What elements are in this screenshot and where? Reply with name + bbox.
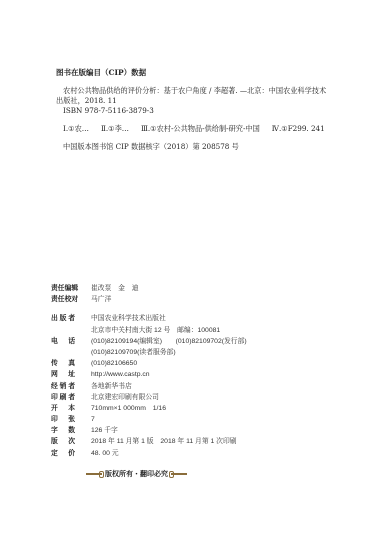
label: 经销者 [51, 381, 75, 392]
web-row: 网址 http://www.castp.cn [51, 369, 351, 380]
ornament-right-icon [171, 473, 187, 475]
distributor: 各地新华书店 [91, 381, 132, 392]
phone1: (010)82109194(编辑室) (010)82109702(发行部) [91, 336, 247, 347]
label: 出版者 [51, 313, 75, 324]
cip-block: 图书在版编目（CIP）数据 农村公共物品供给的评价分析：基于农户角度 / 李超著… [56, 68, 346, 152]
fax: (010)82106650 [91, 358, 137, 369]
cip-description: 农村公共物品供给的评价分析：基于农户角度 / 李超著. —北京：中国农业科学技术 [63, 86, 346, 96]
value: 马广洋 [91, 294, 111, 305]
copyright-text: 版权所有・翻印必究 [105, 469, 168, 479]
classification: Ⅰ.①农… Ⅱ.①李… Ⅲ.①农村-公共物品-供给制-研究-中国 Ⅳ.①F299… [63, 124, 346, 134]
cip-description-line2: 出版社，2018. 11 [56, 96, 346, 106]
copyright-banner: 版权所有・翻印必究 [86, 469, 187, 479]
publication-info: 责任编辑 崔改泵 金 迪 责任校对 马广洋 出版者 中国农业科学技术出版社 北京… [51, 283, 351, 459]
label: 版次 [51, 436, 75, 447]
label: 定价 [51, 448, 75, 459]
cip-title: 图书在版编目（CIP）数据 [56, 68, 346, 78]
label: 传真 [51, 358, 75, 369]
phone2: (010)82109709(读者服务部) [91, 347, 176, 358]
edition-row: 版次 2018 年 11 月第 1 版 2018 年 11 月第 1 次印刷 [51, 436, 351, 447]
phone-row: 电话 (010)82109194(编辑室) (010)82109702(发行部) [51, 336, 351, 347]
cn-record: 中国版本图书馆 CIP 数据核字（2018）第 208578 号 [63, 142, 346, 152]
value: 崔改泵 金 迪 [91, 283, 139, 294]
label: 网址 [51, 369, 75, 380]
price: 48. 00 元 [91, 448, 119, 459]
fax-row: 传真 (010)82106650 [51, 358, 351, 369]
isbn: ISBN 978-7-5116-3879-3 [63, 106, 346, 116]
format-row: 开本 710mm×1 000mm 1/16 [51, 403, 351, 414]
words-row: 字数 126 千字 [51, 425, 351, 436]
cip-description-line1: 农村公共物品供给的评价分析：基于农户角度 / 李超著. —北京：中国农业科学技术 [63, 86, 346, 96]
ornament-left-icon [86, 473, 102, 475]
website-link[interactable]: http://www.castp.cn [91, 369, 150, 380]
class-1: Ⅰ.①农… [63, 124, 89, 134]
label: 印张 [51, 414, 75, 425]
edition: 2018 年 11 月第 1 版 2018 年 11 月第 1 次印刷 [91, 436, 237, 447]
format: 710mm×1 000mm 1/16 [91, 403, 166, 414]
staff-proofreader: 责任校对 马广洋 [51, 294, 351, 305]
phone2-row: (010)82109709(读者服务部) [51, 347, 351, 358]
printer: 北京建宏印刷有限公司 [91, 392, 159, 403]
label: 字数 [51, 425, 75, 436]
class-3: Ⅲ.①农村-公共物品-供给制-研究-中国 [141, 124, 260, 134]
price-row: 定价 48. 00 元 [51, 448, 351, 459]
publisher-row: 出版者 中国农业科学技术出版社 [51, 313, 351, 324]
label: 电话 [51, 336, 75, 347]
publisher: 中国农业科学技术出版社 [91, 313, 166, 324]
distributor-row: 经销者 各地新华书店 [51, 381, 351, 392]
sheets: 7 [91, 414, 95, 425]
printer-row: 印刷者 北京建宏印刷有限公司 [51, 392, 351, 403]
staff-editor: 责任编辑 崔改泵 金 迪 [51, 283, 351, 294]
class-2: Ⅱ.①李… [101, 124, 129, 134]
address-row: 北京市中关村南大街 12 号 邮编：100081 [51, 325, 351, 336]
words: 126 千字 [91, 425, 118, 436]
sheets-row: 印张 7 [51, 414, 351, 425]
label: 印刷者 [51, 392, 75, 403]
address: 北京市中关村南大街 12 号 邮编：100081 [91, 325, 220, 336]
label: 开本 [51, 403, 75, 414]
label: 责任编辑 [51, 283, 91, 294]
label: 责任校对 [51, 294, 91, 305]
class-4: Ⅳ.①F299. 241 [272, 124, 325, 134]
